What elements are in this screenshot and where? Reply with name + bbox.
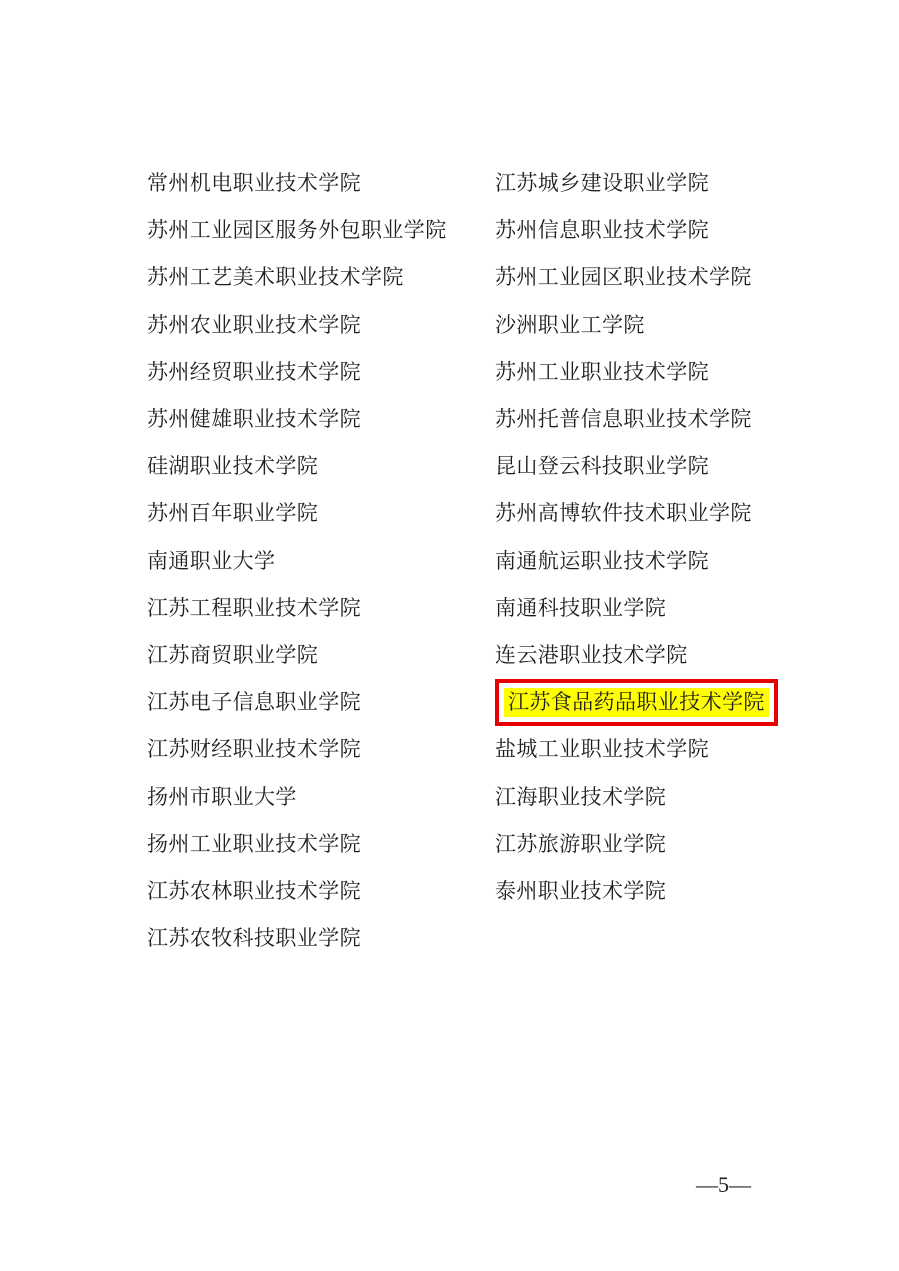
list-item: 江苏工程职业技术学院 [147,585,447,632]
college-name: 苏州工艺美术职业技术学院 [147,267,404,288]
list-item: 江苏电子信息职业学院 [147,679,447,726]
list-item: 苏州健雄职业技术学院 [147,396,447,443]
list-item: 南通航运职业技术学院 [495,538,778,585]
college-column-right: 江苏城乡建设职业学院 苏州信息职业技术学院 苏州工业园区职业技术学院 沙洲职业工… [495,160,778,915]
college-name: 南通科技职业学院 [495,598,666,619]
college-name: 江苏农牧科技职业学院 [147,928,361,949]
college-name: 苏州信息职业技术学院 [495,220,709,241]
college-name: 苏州健雄职业技术学院 [147,409,361,430]
list-item: 江苏农牧科技职业学院 [147,915,447,962]
list-item: 盐城工业职业技术学院 [495,726,778,773]
college-name-highlighted: 江苏食品药品职业技术学院 [504,688,769,717]
college-name: 苏州百年职业学院 [147,503,318,524]
list-item: 苏州信息职业技术学院 [495,207,778,254]
college-name: 苏州托普信息职业技术学院 [495,409,752,430]
list-item: 江苏农林职业技术学院 [147,868,447,915]
college-name: 硅湖职业技术学院 [147,456,318,477]
highlight-box: 江苏食品药品职业技术学院 [495,679,778,726]
college-name: 盐城工业职业技术学院 [495,739,709,760]
list-item: 江苏商贸职业学院 [147,632,447,679]
list-item: 沙洲职业工学院 [495,302,778,349]
list-item: 江苏城乡建设职业学院 [495,160,778,207]
college-column-left: 常州机电职业技术学院 苏州工业园区服务外包职业学院 苏州工艺美术职业技术学院 苏… [147,160,447,962]
list-item: 苏州工业园区服务外包职业学院 [147,207,447,254]
college-name: 江苏城乡建设职业学院 [495,173,709,194]
college-name: 扬州工业职业技术学院 [147,834,361,855]
college-name: 连云港职业技术学院 [495,645,688,666]
list-item-highlighted: 江苏食品药品职业技术学院 [495,679,778,726]
page-number: —5— [696,1172,751,1198]
list-item: 苏州托普信息职业技术学院 [495,396,778,443]
college-name: 昆山登云科技职业学院 [495,456,709,477]
college-name: 江苏工程职业技术学院 [147,598,361,619]
list-item: 南通职业大学 [147,538,447,585]
college-name: 苏州工业园区服务外包职业学院 [147,220,447,241]
college-name: 南通航运职业技术学院 [495,551,709,572]
list-item: 昆山登云科技职业学院 [495,443,778,490]
college-name: 江海职业技术学院 [495,787,666,808]
list-item: 苏州农业职业技术学院 [147,302,447,349]
list-item: 江苏财经职业技术学院 [147,726,447,773]
list-item: 泰州职业技术学院 [495,868,778,915]
document-page: 常州机电职业技术学院 苏州工业园区服务外包职业学院 苏州工艺美术职业技术学院 苏… [0,0,899,1271]
list-item: 苏州经贸职业技术学院 [147,349,447,396]
college-name: 苏州经贸职业技术学院 [147,362,361,383]
college-name: 苏州工业职业技术学院 [495,362,709,383]
college-name: 苏州高博软件技术职业学院 [495,503,752,524]
college-name: 江苏电子信息职业学院 [147,692,361,713]
list-item: 苏州百年职业学院 [147,490,447,537]
list-item: 南通科技职业学院 [495,585,778,632]
college-name: 南通职业大学 [147,551,275,572]
list-item: 连云港职业技术学院 [495,632,778,679]
list-item: 硅湖职业技术学院 [147,443,447,490]
college-name: 江苏财经职业技术学院 [147,739,361,760]
college-name: 泰州职业技术学院 [495,881,666,902]
list-item: 江苏旅游职业学院 [495,821,778,868]
list-item: 扬州市职业大学 [147,773,447,820]
list-item: 苏州工业职业技术学院 [495,349,778,396]
list-item: 苏州工业园区职业技术学院 [495,254,778,301]
list-item: 扬州工业职业技术学院 [147,821,447,868]
list-item: 江海职业技术学院 [495,773,778,820]
college-name: 沙洲职业工学院 [495,315,645,336]
list-item: 常州机电职业技术学院 [147,160,447,207]
college-name: 苏州农业职业技术学院 [147,315,361,336]
college-name: 常州机电职业技术学院 [147,173,361,194]
list-item: 苏州高博软件技术职业学院 [495,490,778,537]
college-name: 江苏旅游职业学院 [495,834,666,855]
college-name: 江苏农林职业技术学院 [147,881,361,902]
list-item: 苏州工艺美术职业技术学院 [147,254,447,301]
college-name: 江苏商贸职业学院 [147,645,318,666]
college-name: 苏州工业园区职业技术学院 [495,267,752,288]
college-name: 扬州市职业大学 [147,787,297,808]
